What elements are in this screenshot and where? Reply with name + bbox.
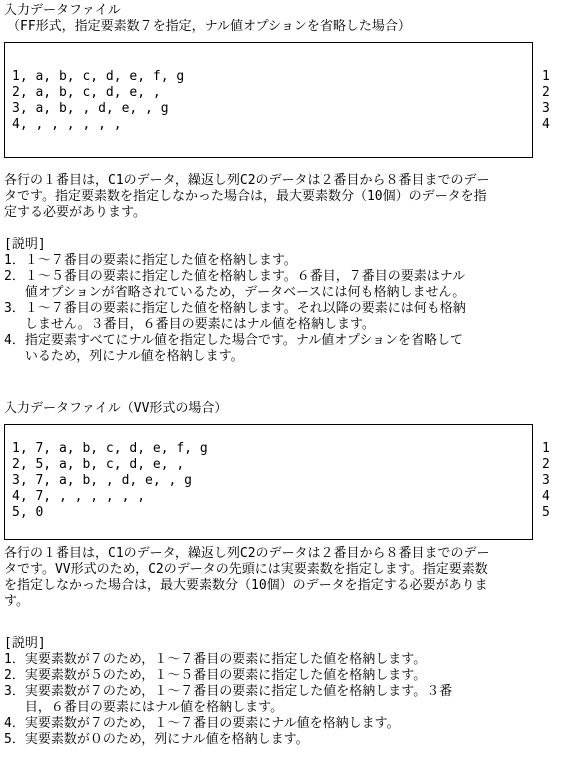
vv-explanation-label: [説明] xyxy=(4,636,584,652)
ff-explanation-list: 1． １～７番目の要素に指定した値を格納します。 2． １～５番目の要素に指定し… xyxy=(4,253,584,365)
explanation-item-number: 3． xyxy=(4,684,25,700)
vv-description-paragraph: 各行の１番目は，C1のデータ，繰返し列C2のデータは２番目から８番目までのデー … xyxy=(4,546,584,610)
code-line: 1, a, b, c, d, e, f, g xyxy=(12,69,532,85)
vv-code-block: 1, 7, a, b, c, d, e, f, g 2, 5, a, b, c,… xyxy=(4,424,584,540)
explanation-item-number: 2． xyxy=(4,668,25,684)
ff-line-number-column: 1 2 3 4 xyxy=(533,42,550,133)
ff-code-box: 1, a, b, c, d, e, f, g 2, a, b, c, d, e,… xyxy=(4,42,533,158)
line-number: 1 xyxy=(542,441,550,457)
explanation-item-text: 実要素数が５のため，１～５番目の要素に指定した値を格納します。 xyxy=(25,668,584,684)
document-page: 入力データファイル （FF形式，指定要素数７を指定，ナル値オプションを省略した場… xyxy=(4,3,584,748)
code-line: 2, a, b, c, d, e, , xyxy=(12,85,532,101)
explanation-item: 3． １～７番目の要素に指定した値を格納します。それ以降の要素には何も格納 しま… xyxy=(4,301,584,333)
explanation-item: 4． 実要素数が７のため，１～７番目の要素にナル値を格納します。 xyxy=(4,716,584,732)
section-ff: 入力データファイル （FF形式，指定要素数７を指定，ナル値オプションを省略した場… xyxy=(4,3,584,365)
ff-explanation-label: [説明] xyxy=(4,237,584,253)
explanation-item-number: 4． xyxy=(4,716,25,732)
explanation-item: 2． １～５番目の要素に指定した値を格納します。６番目，７番目の要素はナル 値オ… xyxy=(4,269,584,301)
explanation-item-number: 3． xyxy=(4,301,25,317)
line-number: 4 xyxy=(542,117,550,133)
line-number: 3 xyxy=(542,473,550,489)
explanation-item-text: 実要素数が７のため，１～７番目の要素に指定した値を格納します。 xyxy=(25,652,584,668)
explanation-item-number: 2． xyxy=(4,269,25,285)
explanation-item-text: 実要素数が０のため，列にナル値を格納します。 xyxy=(25,732,584,748)
ff-subtitle: （FF形式，指定要素数７を指定，ナル値オプションを省略した場合） xyxy=(4,19,584,35)
ff-title: 入力データファイル xyxy=(4,3,584,19)
code-line: 4, , , , , , , xyxy=(12,117,532,133)
explanation-item-text: 指定要素すべてにナル値を指定した場合です。ナル値オプションを省略して いるため，… xyxy=(25,333,584,365)
explanation-item: 2． 実要素数が５のため，１～５番目の要素に指定した値を格納します。 xyxy=(4,668,584,684)
line-number: 2 xyxy=(542,457,550,473)
explanation-item-text: １～５番目の要素に指定した値を格納します。６番目，７番目の要素はナル 値オプショ… xyxy=(25,269,584,301)
line-number: 1 xyxy=(542,69,550,85)
explanation-item-number: 1． xyxy=(4,652,25,668)
explanation-item: 1． １～７番目の要素に指定した値を格納します。 xyxy=(4,253,584,269)
code-line: 4, 7, , , , , , , xyxy=(12,489,532,505)
line-number: 4 xyxy=(542,489,550,505)
code-line: 3, 7, a, b, , d, e, , g xyxy=(12,473,532,489)
ff-code-block: 1, a, b, c, d, e, f, g 2, a, b, c, d, e,… xyxy=(4,42,584,158)
explanation-item-number: 4． xyxy=(4,333,25,349)
explanation-item-text: １～７番目の要素に指定した値を格納します。それ以降の要素には何も格納 しません。… xyxy=(25,301,584,333)
explanation-item: 5． 実要素数が０のため，列にナル値を格納します。 xyxy=(4,732,584,748)
vv-title: 入力データファイル（VV形式の場合） xyxy=(4,401,584,417)
code-line: 2, 5, a, b, c, d, e, , xyxy=(12,457,532,473)
code-line: 3, a, b, , d, e, , g xyxy=(12,101,532,117)
explanation-item-text: 実要素数が７のため，１～７番目の要素に指定した値を格納します。３番 目，６番目の… xyxy=(25,684,584,716)
section-vv: 入力データファイル（VV形式の場合） 1, 7, a, b, c, d, e, … xyxy=(4,401,584,748)
line-number: 3 xyxy=(542,101,550,117)
vv-line-number-column: 1 2 3 4 5 xyxy=(533,424,550,521)
explanation-item-text: 実要素数が７のため，１～７番目の要素にナル値を格納します。 xyxy=(25,716,584,732)
vv-code-box: 1, 7, a, b, c, d, e, f, g 2, 5, a, b, c,… xyxy=(4,424,533,540)
explanation-item-text: １～７番目の要素に指定した値を格納します。 xyxy=(25,253,584,269)
explanation-item-number: 1． xyxy=(4,253,25,269)
vv-explanation-list: 1． 実要素数が７のため，１～７番目の要素に指定した値を格納します。 2． 実要… xyxy=(4,652,584,748)
explanation-item-number: 5． xyxy=(4,732,25,748)
ff-description-paragraph: 各行の１番目は，C1のデータ，繰返し列C2のデータは２番目から８番目までのデー … xyxy=(4,173,584,221)
explanation-item: 4． 指定要素すべてにナル値を指定した場合です。ナル値オプションを省略して いる… xyxy=(4,333,584,365)
line-number: 2 xyxy=(542,85,550,101)
code-line: 5, 0 xyxy=(12,505,532,521)
explanation-item: 3． 実要素数が７のため，１～７番目の要素に指定した値を格納します。３番 目，６… xyxy=(4,684,584,716)
line-number: 5 xyxy=(542,505,550,521)
code-line: 1, 7, a, b, c, d, e, f, g xyxy=(12,441,532,457)
explanation-item: 1． 実要素数が７のため，１～７番目の要素に指定した値を格納します。 xyxy=(4,652,584,668)
